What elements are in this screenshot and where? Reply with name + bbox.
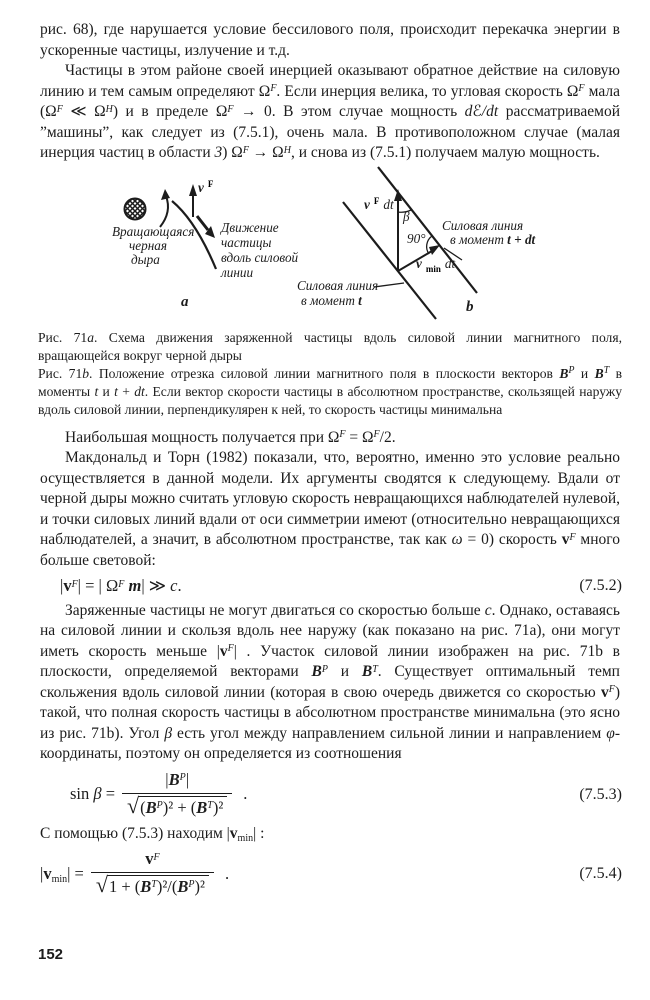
velocity-arrow bbox=[189, 184, 197, 217]
figure-panel-b: v F dt β 90° v min dt Силовая линия в мо… bbox=[297, 167, 536, 319]
motion-label-line3: вдоль силовой bbox=[221, 250, 299, 265]
equation-7-5-4-numerator: vF bbox=[137, 849, 167, 872]
equation-7-5-3-fraction: |BP| √ (BP)² + (BT)² bbox=[122, 770, 232, 819]
right-angle-label: 90° bbox=[407, 231, 426, 246]
line-t-dt-label-line2: в момент t + dt bbox=[450, 232, 536, 247]
rotation-arrow bbox=[160, 189, 170, 227]
black-hole-label-line3: дыра bbox=[131, 252, 160, 267]
caption-71b: Рис. 71b. Положение отрезка силовой лини… bbox=[38, 365, 622, 419]
line-t-label-line1: Силовая линия bbox=[297, 278, 378, 293]
panel-b-sublabel: b bbox=[466, 299, 474, 315]
equation-7-5-4-fraction: vF √ 1 + (BT)²/(BP)² bbox=[91, 849, 214, 898]
motion-label-line1: Движение bbox=[219, 220, 279, 235]
radical-sign: √ bbox=[127, 795, 139, 817]
equation-7-5-4: |vmin| = vF √ 1 + (BT)²/(BP)² . (7.5.4) bbox=[40, 849, 622, 898]
equation-7-5-3-denominator: √ (BP)² + (BT)² bbox=[122, 793, 232, 819]
equation-7-5-2-number: (7.5.2) bbox=[579, 576, 622, 595]
vmin-dt-label: v min dt bbox=[416, 255, 455, 276]
motion-label-line2: частицы bbox=[221, 235, 271, 250]
velocity-dt-label: v F dt bbox=[364, 191, 394, 213]
radical-sign: √ bbox=[96, 874, 108, 896]
panel-a-sublabel: а bbox=[181, 294, 189, 310]
figure-71-diagram: v F Вращающаяся черная дыра Движение час… bbox=[0, 164, 650, 322]
motion-label-line4: линии bbox=[220, 265, 253, 280]
equation-7-5-4-lhs: |vmin| = bbox=[40, 864, 84, 884]
beta-label: β bbox=[402, 209, 410, 224]
equation-7-5-3-numerator: |BP| bbox=[157, 770, 197, 793]
equation-7-5-3-lhs: sin β = bbox=[70, 784, 115, 804]
figure-panel-a: v F Вращающаяся черная дыра Движение час… bbox=[112, 179, 299, 310]
equation-7-5-2: |vF| = | ΩF m| ≫ c. (7.5.2) bbox=[40, 576, 622, 596]
equation-7-5-3-period: . bbox=[243, 784, 247, 804]
page-content: рис. 68), где нарушается условие бессило… bbox=[0, 0, 650, 898]
paragraph-max-power: Наибольшая мощность получается при ΩF = … bbox=[40, 428, 620, 449]
pointer-line-t bbox=[374, 283, 404, 287]
black-hole-label-line2: черная bbox=[129, 238, 167, 253]
figure-71: v F Вращающаяся черная дыра Движение час… bbox=[0, 164, 650, 322]
equation-7-5-4-number: (7.5.4) bbox=[579, 864, 622, 883]
equation-7-5-4-period: . bbox=[225, 864, 229, 884]
velocity-dt-arrow bbox=[394, 189, 402, 271]
paragraph-charged-particles: Заряженные частицы не могут двигаться со… bbox=[40, 601, 620, 765]
paragraph-continuation: рис. 68), где нарушается условие бессило… bbox=[40, 20, 620, 61]
paragraph-particle-inertia: Частицы в этом районе своей инерцией ока… bbox=[40, 61, 620, 164]
paragraph-macdonald-thorne: Макдональд и Торн (1982) показали, что, … bbox=[40, 448, 620, 571]
line-t-dt-label-line1: Силовая линия bbox=[442, 218, 523, 233]
paragraph-using-753: С помощью (7.5.3) находим |vmin| : bbox=[40, 824, 620, 845]
equation-7-5-3-number: (7.5.3) bbox=[579, 785, 622, 804]
line-t-label-line2: в момент t bbox=[301, 293, 362, 308]
equation-7-5-2-body: |vF| = | ΩF m| ≫ c. bbox=[60, 576, 182, 596]
caption-71a: Рис. 71а. Схема движения заряженной част… bbox=[38, 329, 622, 365]
equation-7-5-4-radicand: 1 + (BT)²/(BP)² bbox=[107, 875, 209, 897]
velocity-label: v F bbox=[198, 179, 214, 196]
equation-7-5-3: sin β = |BP| √ (BP)² + (BT)² . (7.5.3) bbox=[40, 770, 622, 819]
black-hole-label-line1: Вращающаяся bbox=[112, 224, 194, 239]
equation-7-5-3-radicand: (BP)² + (BT)² bbox=[138, 796, 227, 818]
book-page: рис. 68), где нарушается условие бессило… bbox=[0, 0, 650, 1000]
equation-7-5-4-denominator: √ 1 + (BT)²/(BP)² bbox=[91, 872, 214, 898]
page-number: 152 bbox=[38, 946, 63, 963]
